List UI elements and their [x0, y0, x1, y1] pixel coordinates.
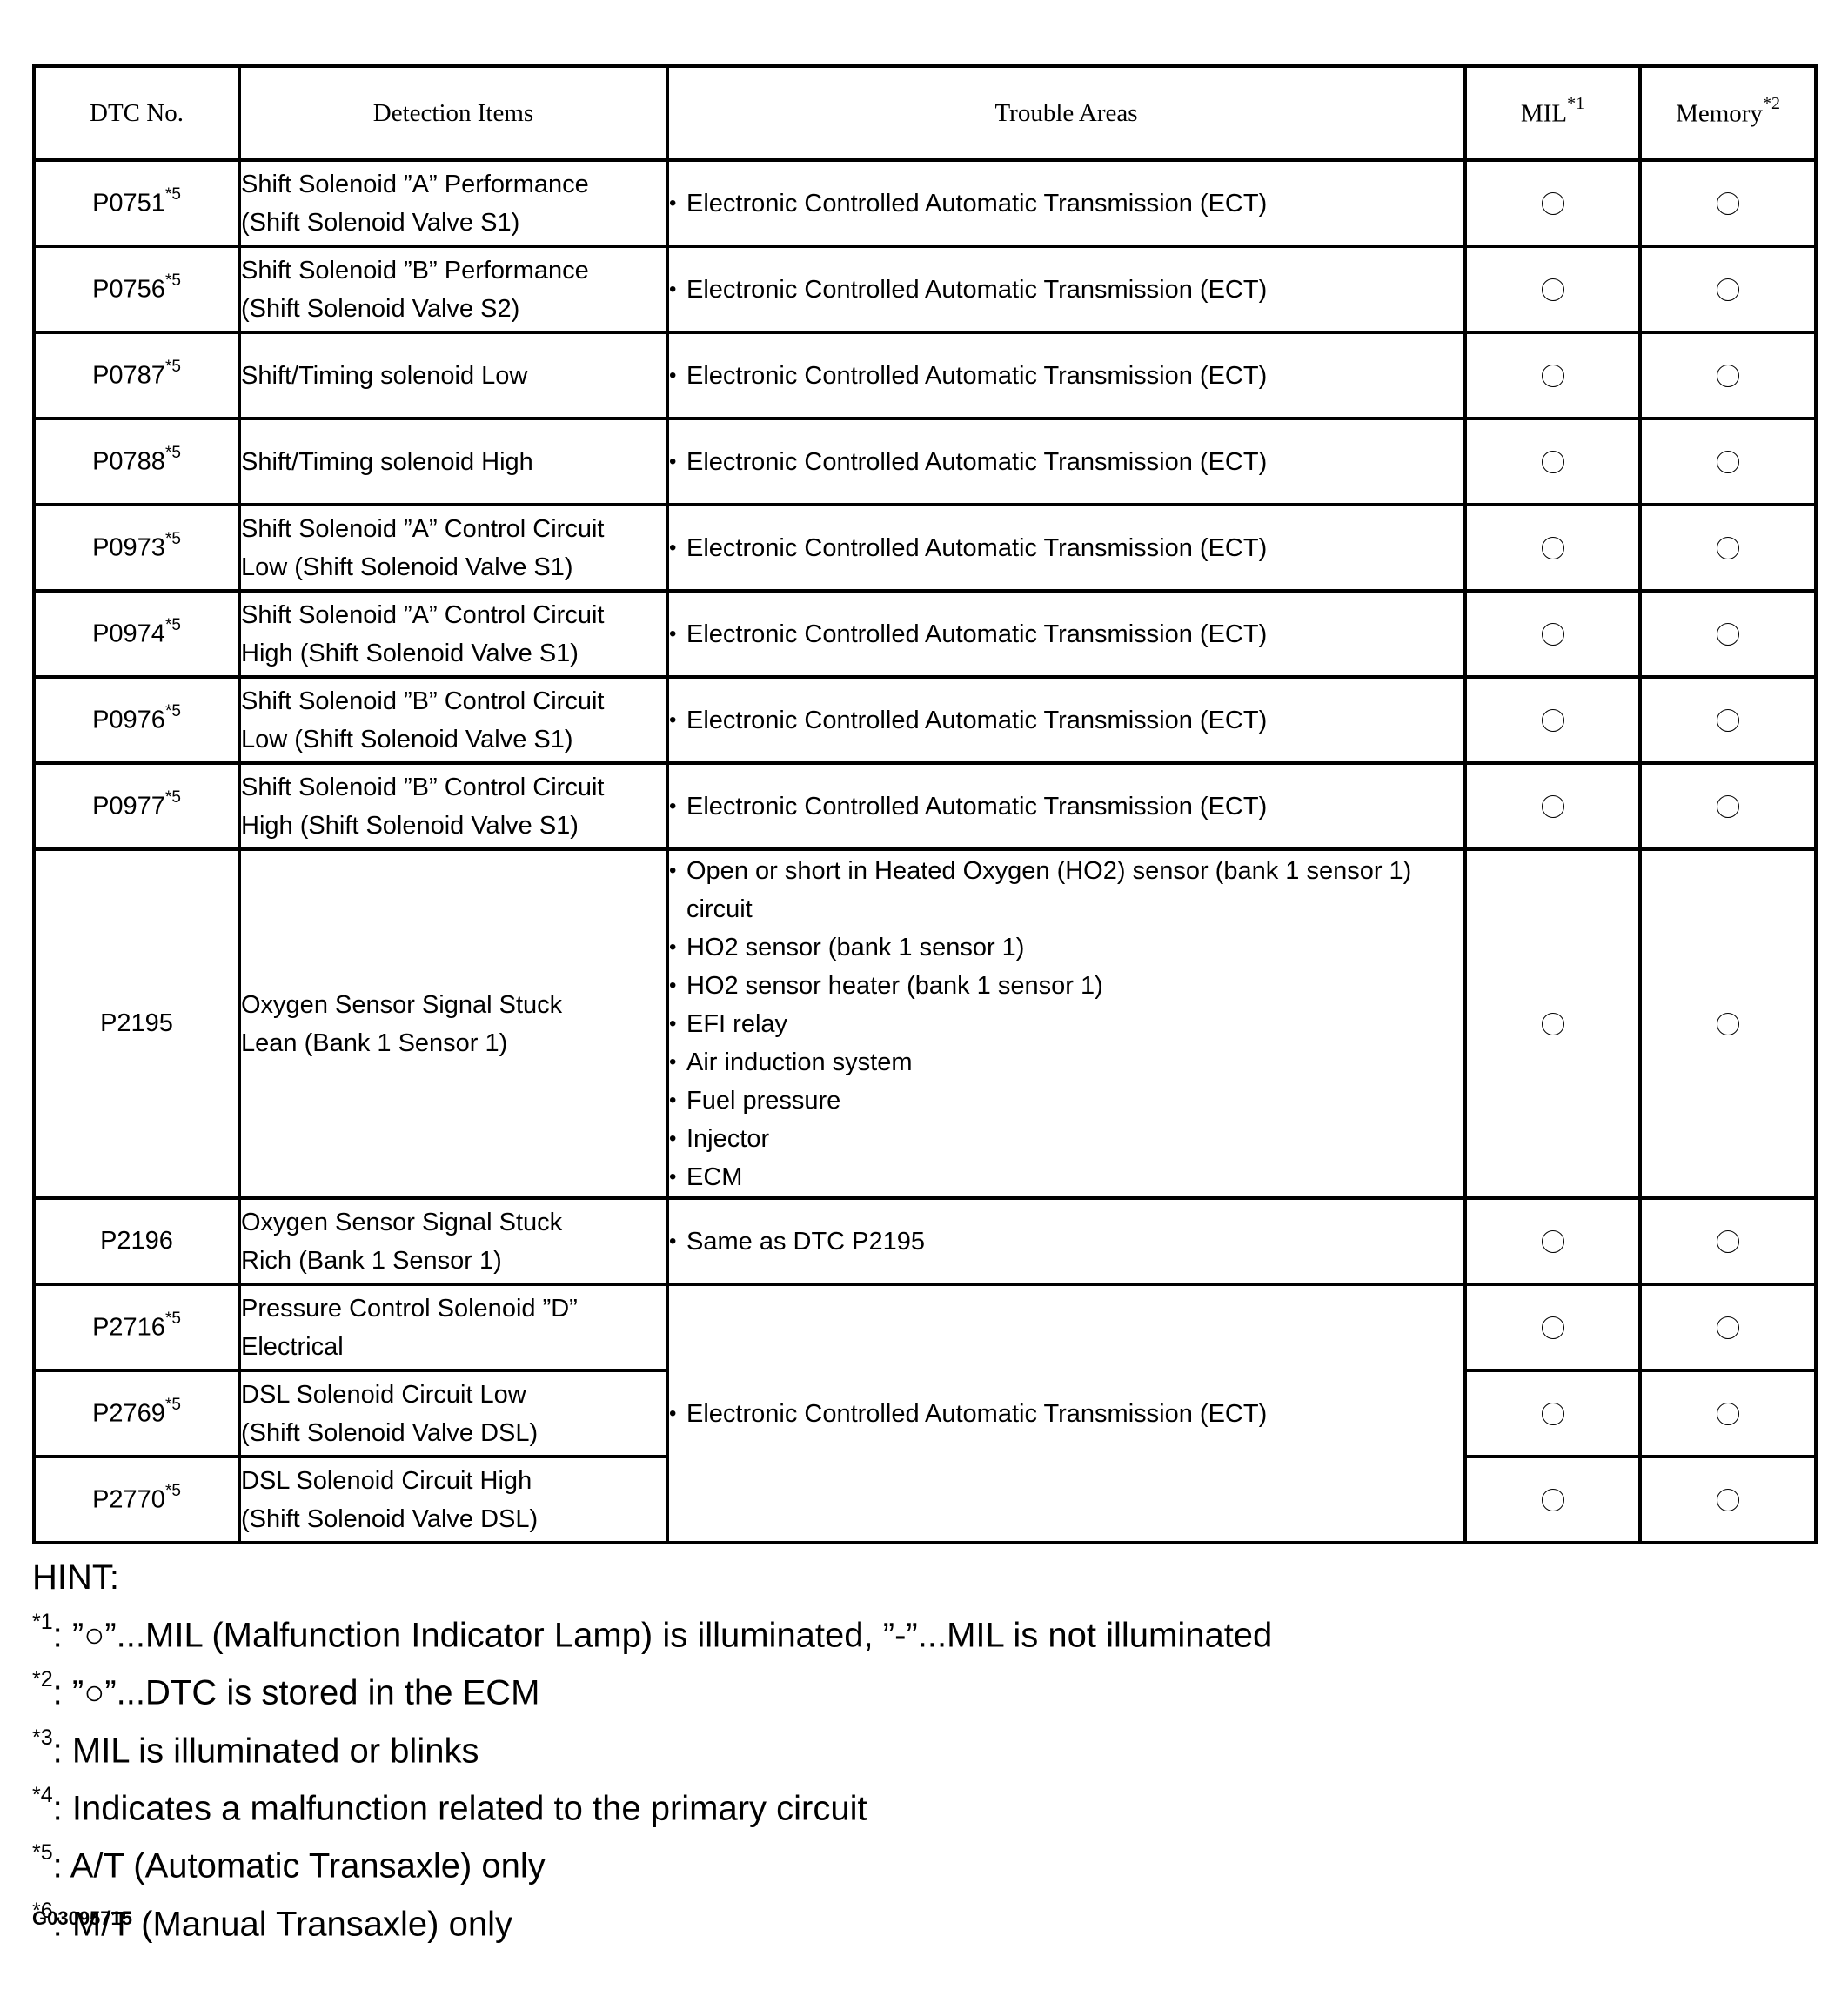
table-row: P0977*5Shift Solenoid ”B” Control Circui…: [34, 763, 1816, 849]
detection-item-line: Electrical: [241, 1328, 666, 1366]
trouble-area-item: Fuel pressure: [669, 1082, 1463, 1120]
trouble-area-item: HO2 sensor heater (bank 1 sensor 1): [669, 967, 1463, 1005]
memory-stored-circle-icon: [1717, 365, 1739, 387]
detection-item-line: (Shift Solenoid Valve DSL): [241, 1414, 666, 1452]
dtc-code-cell: P2716*5: [34, 1284, 239, 1370]
trouble-area-cell: Electronic Controlled Automatic Transmis…: [667, 677, 1465, 763]
memory-cell: [1640, 419, 1816, 505]
memory-cell: [1640, 332, 1816, 419]
mil-cell: [1465, 591, 1640, 677]
dtc-footnote-mark: *5: [165, 530, 181, 548]
trouble-area-cell: Electronic Controlled Automatic Transmis…: [667, 246, 1465, 332]
memory-cell: [1640, 1370, 1816, 1457]
footnote-text: : ”○”...DTC is stored in the ECM: [53, 1674, 540, 1712]
detection-item-cell: DSL Solenoid Circuit High(Shift Solenoid…: [239, 1457, 667, 1543]
header-mil-footnote: *1: [1567, 94, 1584, 113]
trouble-area-item: Electronic Controlled Automatic Transmis…: [669, 271, 1463, 309]
detection-item-line: (Shift Solenoid Valve DSL): [241, 1500, 666, 1538]
dtc-code: P2770: [92, 1486, 165, 1514]
mil-cell: [1465, 1198, 1640, 1284]
footnote-item: *3: MIL is illuminated or blinks: [32, 1718, 1272, 1776]
trouble-area-item: Open or short in Heated Oxygen (HO2) sen…: [669, 852, 1463, 928]
memory-cell: [1640, 849, 1816, 1198]
dtc-code: P0977: [92, 793, 165, 821]
mil-illuminated-circle-icon: [1542, 1316, 1564, 1339]
trouble-area-cell: Electronic Controlled Automatic Transmis…: [667, 505, 1465, 591]
mil-illuminated-circle-icon: [1542, 1013, 1564, 1035]
trouble-area-cell: Electronic Controlled Automatic Transmis…: [667, 763, 1465, 849]
mil-cell: [1465, 763, 1640, 849]
trouble-area-item: ECM: [669, 1158, 1463, 1196]
memory-cell: [1640, 505, 1816, 591]
footnote-mark: *3: [32, 1725, 53, 1750]
detection-item-cell: Shift Solenoid ”B” Performance(Shift Sol…: [239, 246, 667, 332]
figure-id: G03095715: [32, 1907, 132, 1930]
mil-illuminated-circle-icon: [1542, 537, 1564, 559]
detection-item-cell: Shift Solenoid ”B” Control CircuitLow (S…: [239, 677, 667, 763]
footnote-item: *4: Indicates a malfunction related to t…: [32, 1776, 1272, 1833]
footnote-mark: *2: [32, 1667, 53, 1691]
mil-illuminated-circle-icon: [1542, 192, 1564, 215]
table-row: P0974*5Shift Solenoid ”A” Control Circui…: [34, 591, 1816, 677]
detection-item-line: Shift Solenoid ”A” Control Circuit: [241, 596, 666, 634]
trouble-area-cell: Electronic Controlled Automatic Transmis…: [667, 419, 1465, 505]
dtc-code-cell: P2196: [34, 1198, 239, 1284]
mil-cell: [1465, 1370, 1640, 1457]
trouble-area-item: EFI relay: [669, 1005, 1463, 1043]
table-row: P2195Oxygen Sensor Signal StuckLean (Ban…: [34, 849, 1816, 1198]
dtc-code: P0787: [92, 362, 165, 390]
mil-illuminated-circle-icon: [1542, 365, 1564, 387]
dtc-code: P0976: [92, 707, 165, 734]
detection-item-line: Shift Solenoid ”B” Control Circuit: [241, 768, 666, 807]
memory-cell: [1640, 763, 1816, 849]
detection-item-line: Shift Solenoid ”A” Performance: [241, 165, 666, 204]
footnote-list: *1: ”○”...MIL (Malfunction Indicator Lam…: [32, 1603, 1272, 1949]
dtc-footnote-mark: *5: [165, 616, 181, 634]
memory-cell: [1640, 1284, 1816, 1370]
memory-stored-circle-icon: [1717, 451, 1739, 473]
detection-item-line: High (Shift Solenoid Valve S1): [241, 807, 666, 845]
dtc-code-cell: P0788*5: [34, 419, 239, 505]
mil-illuminated-circle-icon: [1542, 278, 1564, 301]
header-detection-items: Detection Items: [239, 66, 667, 160]
table-header-row: DTC No. Detection Items Trouble Areas MI…: [34, 66, 1816, 160]
detection-item-line: (Shift Solenoid Valve S2): [241, 290, 666, 328]
table-row: P2716*5Pressure Control Solenoid ”D”Elec…: [34, 1284, 1816, 1370]
header-memory-footnote: *2: [1763, 94, 1780, 113]
footnote-mark: *1: [32, 1610, 53, 1634]
dtc-footnote-mark: *5: [165, 358, 181, 376]
header-memory: Memory*2: [1640, 66, 1816, 160]
mil-cell: [1465, 160, 1640, 246]
dtc-footnote-mark: *5: [165, 1310, 181, 1328]
dtc-code-cell: P0974*5: [34, 591, 239, 677]
dtc-code: P0973: [92, 534, 165, 562]
footnote-text: : ”○”...MIL (Malfunction Indicator Lamp)…: [53, 1616, 1273, 1654]
header-mil-label: MIL: [1521, 100, 1567, 128]
footnote-text: : Indicates a malfunction related to the…: [53, 1789, 867, 1827]
footnote-text: : MIL is illuminated or blinks: [53, 1732, 479, 1770]
dtc-footnote-mark: *5: [165, 788, 181, 807]
detection-item-line: Low (Shift Solenoid Valve S1): [241, 548, 666, 586]
mil-illuminated-circle-icon: [1542, 795, 1564, 818]
trouble-area-item: Electronic Controlled Automatic Transmis…: [669, 357, 1463, 395]
trouble-area-item: Electronic Controlled Automatic Transmis…: [669, 1395, 1463, 1433]
dtc-code: P0788: [92, 448, 165, 476]
detection-item-cell: Pressure Control Solenoid ”D”Electrical: [239, 1284, 667, 1370]
detection-item-line: Low (Shift Solenoid Valve S1): [241, 720, 666, 759]
header-memory-label: Memory: [1676, 100, 1763, 128]
memory-cell: [1640, 677, 1816, 763]
trouble-area-cell: Open or short in Heated Oxygen (HO2) sen…: [667, 849, 1465, 1198]
trouble-area-item: Air induction system: [669, 1043, 1463, 1082]
mil-illuminated-circle-icon: [1542, 1230, 1564, 1253]
trouble-area-cell: Electronic Controlled Automatic Transmis…: [667, 591, 1465, 677]
dtc-code: P2196: [100, 1227, 173, 1255]
detection-item-line: Rich (Bank 1 Sensor 1): [241, 1242, 666, 1280]
table-row: P0787*5Shift/Timing solenoid LowElectron…: [34, 332, 1816, 419]
dtc-footnote-mark: *5: [165, 1482, 181, 1500]
table-body: P0751*5Shift Solenoid ”A” Performance(Sh…: [34, 160, 1816, 1543]
footnote-mark: *4: [32, 1783, 53, 1807]
dtc-footnote-mark: *5: [165, 271, 181, 290]
detection-item-line: High (Shift Solenoid Valve S1): [241, 634, 666, 673]
mil-cell: [1465, 332, 1640, 419]
dtc-footnote-mark: *5: [165, 702, 181, 720]
trouble-area-item: HO2 sensor (bank 1 sensor 1): [669, 928, 1463, 967]
memory-cell: [1640, 160, 1816, 246]
detection-item-cell: Shift Solenoid ”A” Control CircuitLow (S…: [239, 505, 667, 591]
dtc-code: P2769: [92, 1400, 165, 1428]
dtc-footnote-mark: *5: [165, 185, 181, 204]
memory-stored-circle-icon: [1717, 1230, 1739, 1253]
memory-cell: [1640, 1198, 1816, 1284]
footnote-item: *5: A/T (Automatic Transaxle) only: [32, 1833, 1272, 1891]
dtc-code: P2195: [100, 1009, 173, 1037]
memory-stored-circle-icon: [1717, 278, 1739, 301]
trouble-area-item: Injector: [669, 1120, 1463, 1158]
dtc-code: P0751: [92, 190, 165, 218]
dtc-code: P0756: [92, 276, 165, 304]
detection-item-cell: Shift/Timing solenoid Low: [239, 332, 667, 419]
table-row: P0756*5Shift Solenoid ”B” Performance(Sh…: [34, 246, 1816, 332]
trouble-area-cell: Same as DTC P2195: [667, 1198, 1465, 1284]
memory-stored-circle-icon: [1717, 623, 1739, 646]
trouble-area-item: Electronic Controlled Automatic Transmis…: [669, 184, 1463, 223]
hint-section: HINT: *1: ”○”...MIL (Malfunction Indicat…: [32, 1553, 1272, 1949]
header-mil: MIL*1: [1465, 66, 1640, 160]
dtc-code-cell: P2769*5: [34, 1370, 239, 1457]
memory-cell: [1640, 591, 1816, 677]
mil-illuminated-circle-icon: [1542, 1489, 1564, 1511]
dtc-code-cell: P0973*5: [34, 505, 239, 591]
memory-stored-circle-icon: [1717, 1403, 1739, 1425]
mil-cell: [1465, 505, 1640, 591]
detection-item-line: Shift Solenoid ”A” Control Circuit: [241, 510, 666, 548]
detection-item-cell: Shift Solenoid ”A” Control CircuitHigh (…: [239, 591, 667, 677]
detection-item-line: Pressure Control Solenoid ”D”: [241, 1290, 666, 1328]
memory-cell: [1640, 246, 1816, 332]
footnote-item: *1: ”○”...MIL (Malfunction Indicator Lam…: [32, 1603, 1272, 1660]
memory-stored-circle-icon: [1717, 709, 1739, 732]
trouble-area-item: Same as DTC P2195: [669, 1223, 1463, 1261]
dtc-code-cell: P2770*5: [34, 1457, 239, 1543]
memory-cell: [1640, 1457, 1816, 1543]
dtc-code-cell: P0751*5: [34, 160, 239, 246]
detection-item-cell: DSL Solenoid Circuit Low(Shift Solenoid …: [239, 1370, 667, 1457]
detection-item-line: Shift Solenoid ”B” Control Circuit: [241, 682, 666, 720]
mil-cell: [1465, 419, 1640, 505]
dtc-code-cell: P0976*5: [34, 677, 239, 763]
dtc-table: DTC No. Detection Items Trouble Areas MI…: [32, 64, 1818, 1544]
trouble-area-cell: Electronic Controlled Automatic Transmis…: [667, 332, 1465, 419]
table-row: P0751*5Shift Solenoid ”A” Performance(Sh…: [34, 160, 1816, 246]
footnote-text: : A/T (Automatic Transaxle) only: [53, 1847, 546, 1886]
header-dtc-no: DTC No.: [34, 66, 239, 160]
detection-item-line: Shift/Timing solenoid High: [241, 443, 666, 481]
trouble-area-item: Electronic Controlled Automatic Transmis…: [669, 443, 1463, 481]
dtc-footnote-mark: *5: [165, 444, 181, 462]
dtc-code: P2716: [92, 1314, 165, 1342]
detection-item-cell: Oxygen Sensor Signal StuckLean (Bank 1 S…: [239, 849, 667, 1198]
hint-title: HINT:: [32, 1553, 1272, 1603]
memory-stored-circle-icon: [1717, 1013, 1739, 1035]
detection-item-cell: Oxygen Sensor Signal StuckRich (Bank 1 S…: [239, 1198, 667, 1284]
table-row: P0788*5Shift/Timing solenoid HighElectro…: [34, 419, 1816, 505]
memory-stored-circle-icon: [1717, 537, 1739, 559]
trouble-area-cell: Electronic Controlled Automatic Transmis…: [667, 1284, 1465, 1543]
detection-item-line: Shift/Timing solenoid Low: [241, 357, 666, 395]
table-row: P0973*5Shift Solenoid ”A” Control Circui…: [34, 505, 1816, 591]
trouble-area-item: Electronic Controlled Automatic Transmis…: [669, 701, 1463, 740]
mil-illuminated-circle-icon: [1542, 451, 1564, 473]
detection-item-line: Oxygen Sensor Signal Stuck: [241, 986, 666, 1024]
mil-cell: [1465, 1457, 1640, 1543]
detection-item-cell: Shift/Timing solenoid High: [239, 419, 667, 505]
mil-illuminated-circle-icon: [1542, 709, 1564, 732]
detection-item-line: DSL Solenoid Circuit High: [241, 1462, 666, 1500]
detection-item-line: (Shift Solenoid Valve S1): [241, 204, 666, 242]
mil-cell: [1465, 677, 1640, 763]
footnote-item: *2: ”○”...DTC is stored in the ECM: [32, 1660, 1272, 1718]
trouble-area-item: Electronic Controlled Automatic Transmis…: [669, 615, 1463, 653]
detection-item-line: Oxygen Sensor Signal Stuck: [241, 1203, 666, 1242]
mil-cell: [1465, 1284, 1640, 1370]
detection-item-line: DSL Solenoid Circuit Low: [241, 1376, 666, 1414]
dtc-code: P0974: [92, 620, 165, 648]
detection-item-cell: Shift Solenoid ”A” Performance(Shift Sol…: [239, 160, 667, 246]
trouble-area-item: Electronic Controlled Automatic Transmis…: [669, 529, 1463, 567]
table-row: P2196Oxygen Sensor Signal StuckRich (Ban…: [34, 1198, 1816, 1284]
detection-item-cell: Shift Solenoid ”B” Control CircuitHigh (…: [239, 763, 667, 849]
table-row: P0976*5Shift Solenoid ”B” Control Circui…: [34, 677, 1816, 763]
dtc-code-cell: P0787*5: [34, 332, 239, 419]
dtc-code-cell: P0977*5: [34, 763, 239, 849]
detection-item-line: Shift Solenoid ”B” Performance: [241, 251, 666, 290]
memory-stored-circle-icon: [1717, 192, 1739, 215]
footnote-item: *6: M/T (Manual Transaxle) only: [32, 1892, 1272, 1949]
mil-illuminated-circle-icon: [1542, 1403, 1564, 1425]
footnote-mark: *5: [32, 1840, 53, 1865]
header-trouble-areas: Trouble Areas: [667, 66, 1465, 160]
memory-stored-circle-icon: [1717, 1316, 1739, 1339]
trouble-area-item: Electronic Controlled Automatic Transmis…: [669, 787, 1463, 826]
mil-illuminated-circle-icon: [1542, 623, 1564, 646]
mil-cell: [1465, 246, 1640, 332]
mil-cell: [1465, 849, 1640, 1198]
memory-stored-circle-icon: [1717, 795, 1739, 818]
dtc-code-cell: P2195: [34, 849, 239, 1198]
dtc-footnote-mark: *5: [165, 1396, 181, 1414]
memory-stored-circle-icon: [1717, 1489, 1739, 1511]
detection-item-line: Lean (Bank 1 Sensor 1): [241, 1024, 666, 1062]
trouble-area-cell: Electronic Controlled Automatic Transmis…: [667, 160, 1465, 246]
dtc-code-cell: P0756*5: [34, 246, 239, 332]
